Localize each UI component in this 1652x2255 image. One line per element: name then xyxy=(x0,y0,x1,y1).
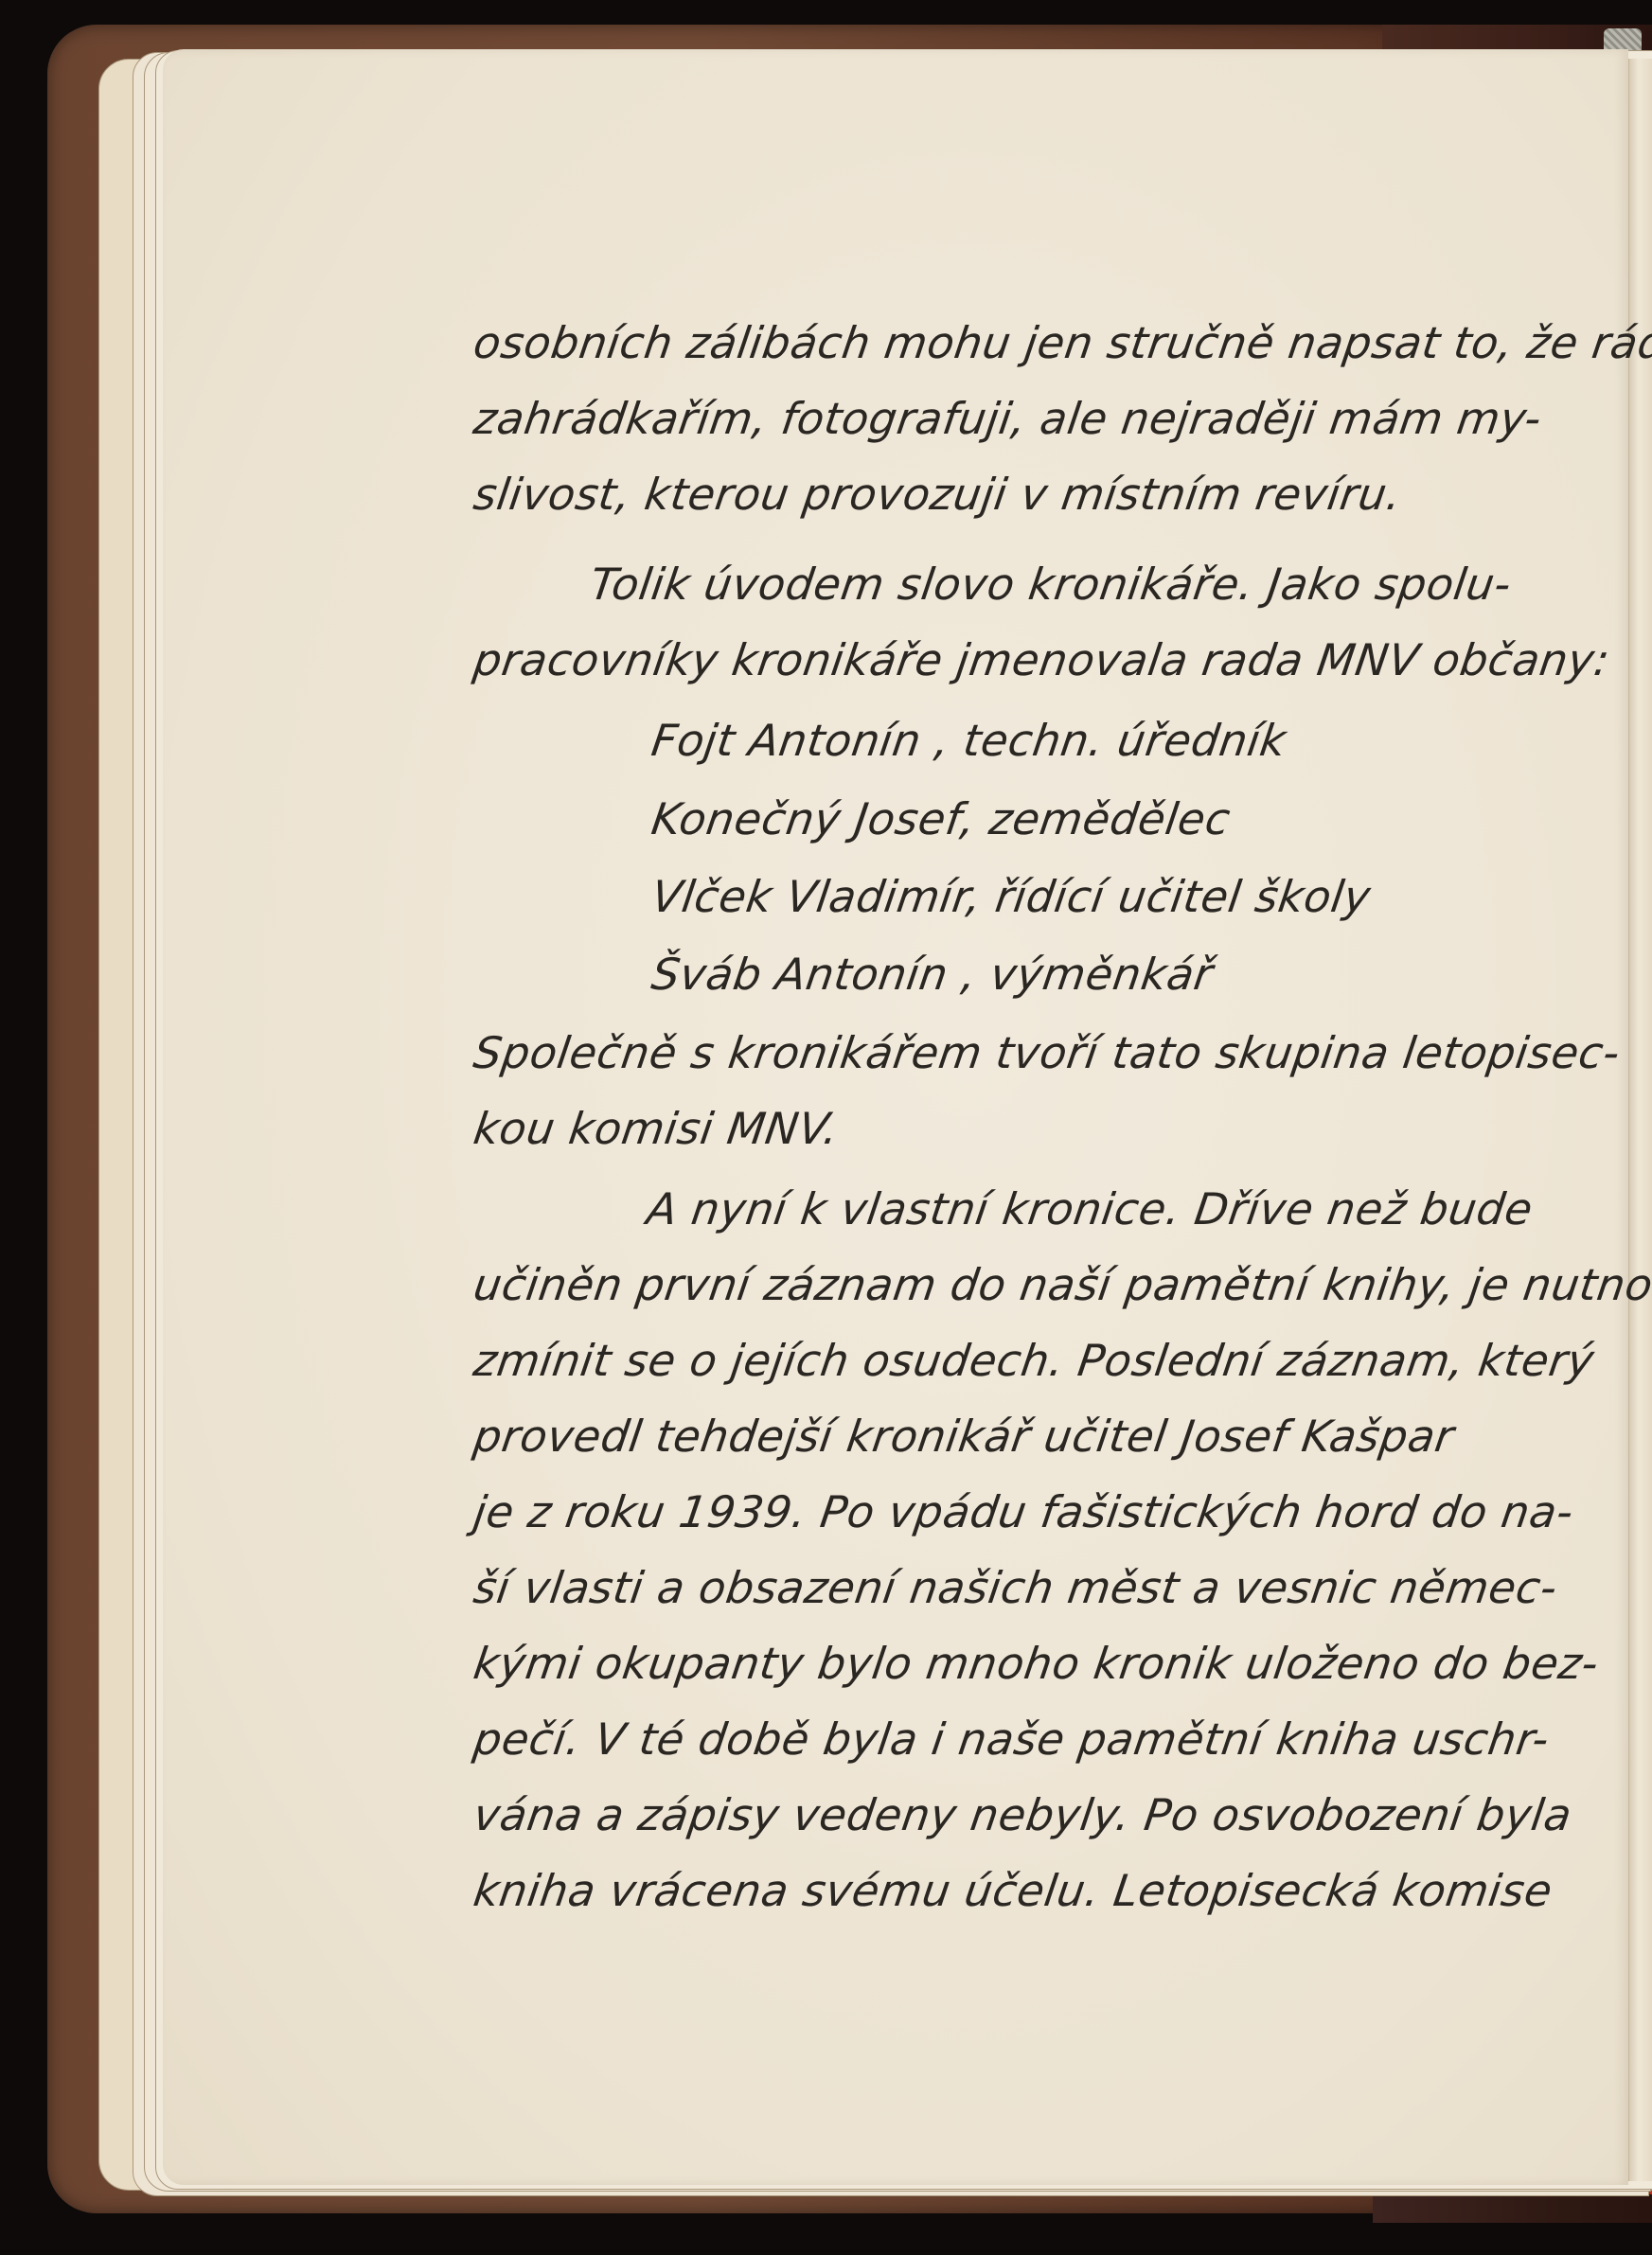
text-line: je z roku 1939. Po vpádu fašistických ho… xyxy=(471,1486,1577,1537)
list-item-collaborator: Konečný Josef, zemědělec xyxy=(648,793,1234,844)
text-line: pečí. V té době byla i naše pamětní knih… xyxy=(471,1713,1553,1765)
list-item-collaborator: Šváb Antonín , výměnkář xyxy=(648,949,1217,1000)
text-line: slivost, kterou provozuji v místním reví… xyxy=(471,469,1405,520)
text-line: provedl tehdejší kronikář učitel Josef K… xyxy=(471,1411,1457,1462)
text-line: ší vlasti a obsazení našich měst a vesni… xyxy=(471,1562,1560,1613)
text-line: osobních zálibách mohu jen stručně napsa… xyxy=(471,317,1652,368)
text-line: A nyní k vlastní kronice. Dříve než bude xyxy=(644,1183,1536,1234)
text-line: kou komisi MNV. xyxy=(471,1103,842,1154)
text-line: vána a zápisy vedeny nebyly. Po osvoboze… xyxy=(471,1789,1575,1840)
text-line: kými okupanty bylo mnoho kronik uloženo … xyxy=(471,1638,1602,1689)
text-line: kniha vrácena svému účelu. Letopisecká k… xyxy=(471,1865,1555,1916)
text-line: Společně s kronikářem tvoří tato skupina… xyxy=(471,1027,1624,1078)
text-line: Tolik úvodem slovo kronikáře. Jako spolu… xyxy=(587,559,1515,610)
text-line: učiněn první záznam do naší pamětní knih… xyxy=(471,1259,1652,1310)
text-line: pracovníky kronikáře jmenovala rada MNV … xyxy=(471,634,1613,685)
text-line: zmínit se o jejích osudech. Poslední záz… xyxy=(471,1335,1597,1386)
text-line: zahrádkařím, fotografuji, ale nejraději … xyxy=(471,393,1545,444)
list-item-collaborator: Vlček Vladimír, řídící učitel školy xyxy=(648,871,1374,922)
handwritten-text: osobních zálibách mohu jen stručně napsa… xyxy=(0,0,1652,2255)
list-item-collaborator: Fojt Antonín , techn. úředník xyxy=(648,715,1289,766)
